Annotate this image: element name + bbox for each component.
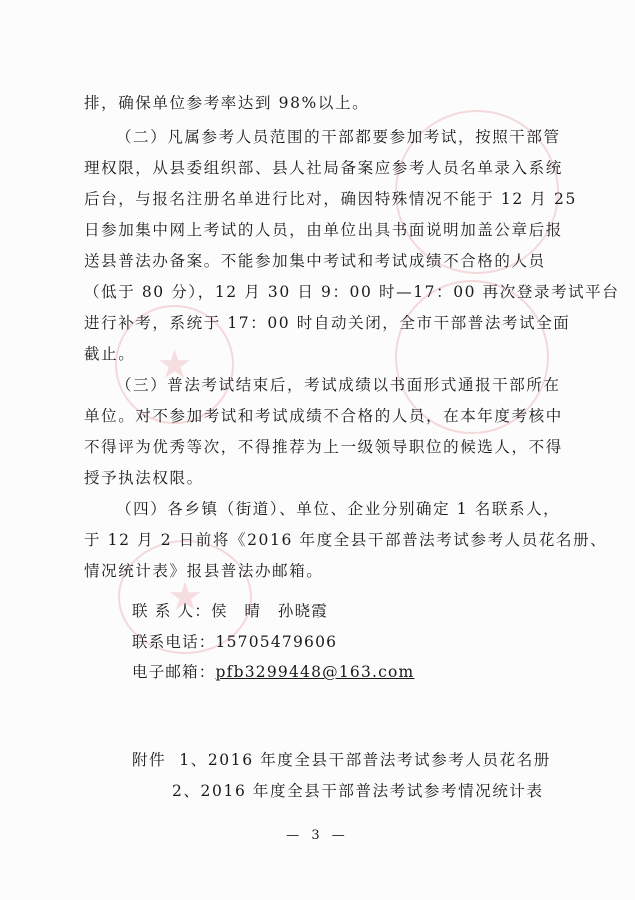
contact-person: 联 系 人：侯 晴 孙晓霞 <box>132 600 328 622</box>
contact-email-link[interactable]: pfb3299448@163.com <box>216 663 415 681</box>
contact-phone-value: 15705479606 <box>216 633 338 651</box>
contact-phone: 联系电话：15705479606 <box>132 631 337 653</box>
paragraph-line: 不得评为优秀等次，不得推荐为上一级领导职位的候选人，不得 <box>84 436 563 458</box>
contact-person-value: 侯 晴 孙晓霞 <box>211 602 328 620</box>
contact-email: 电子邮箱：pfb3299448@163.com <box>132 661 414 683</box>
paragraph-line: （三）普法考试结束后，考试成绩以书面形式通报干部所在 <box>116 374 561 396</box>
paragraph-line: 情况统计表》报县普法办邮箱。 <box>84 560 323 582</box>
paragraph-line: 理权限，从县委组织部、县人社局备案应参考人员名单录入系统 <box>84 157 563 179</box>
attachment-item-1: 1、2016 年度全县干部普法考试参考人员花名册 <box>179 751 551 769</box>
paragraph-line: （低于 80 分），12 月 30 日 9：00 时—17：00 再次登录考试平… <box>84 281 619 303</box>
paragraph-line: 进行补考，系统于 17：00 时自动关闭，全市干部普法考试全面 <box>84 312 570 334</box>
attachment-item-2: 2、2016 年度全县干部普法考试参考情况统计表 <box>172 779 544 801</box>
paragraph-line: 后台，与报名注册名单进行比对，确因特殊情况不能于 12 月 25 <box>84 188 577 210</box>
document-page: ★ ★ 排，确保单位参考率达到 98%以上。 （二）凡属参考人员范围的干部都要参… <box>0 0 635 900</box>
contact-phone-label: 联系电话： <box>132 633 216 651</box>
attachment-prefix: 附件 <box>132 751 166 769</box>
paragraph-line: 于 12 月 2 日前将《2016 年度全县干部普法考试参考人员花名册、 <box>84 529 607 551</box>
paragraph-line: 日参加集中网上考试的人员，由单位出具书面说明加盖公章后报 <box>84 219 563 241</box>
paragraph-line: 截止。 <box>84 343 135 365</box>
paragraph-line: 单位。对不参加考试和考试成绩不合格的人员，在本年度考核中 <box>84 405 563 427</box>
attachment-item: 附件 1、2016 年度全县干部普法考试参考人员花名册 <box>132 748 551 770</box>
paragraph-line: 送县普法办备案。不能参加集中考试和考试成绩不合格的人员 <box>84 250 546 272</box>
paragraph-line: 授予执法权限。 <box>84 467 204 489</box>
paragraph-line: 排，确保单位参考率达到 98%以上。 <box>84 92 369 114</box>
paragraph-line: （二）凡属参考人员范围的干部都要参加考试，按照干部管 <box>116 126 561 148</box>
paragraph-line: （四）各乡镇（街道）、单位、企业分别确定 1 名联系人， <box>116 498 560 520</box>
page-number: — 3 — <box>0 828 635 843</box>
contact-email-label: 电子邮箱： <box>132 663 216 681</box>
contact-person-label: 联 系 人： <box>132 602 211 620</box>
